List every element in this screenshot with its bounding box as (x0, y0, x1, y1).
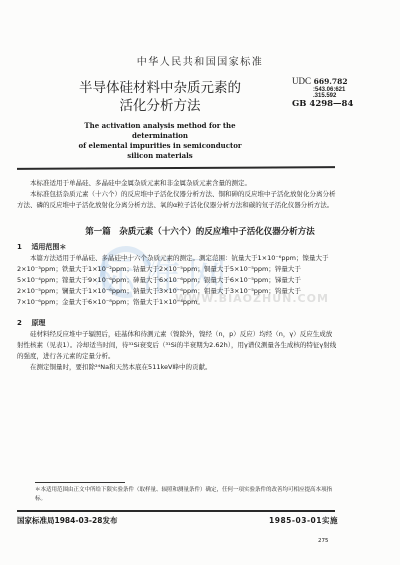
section-2-body-2: 在测定铜量时，要扣除²⁴Na和天然本底在511keV峰中的贡献。 (17, 362, 337, 373)
intro-paragraph-1: 本标准适用于单晶硅、多晶硅中金属杂质元素和非金属杂质元素含量的测定。 (17, 178, 337, 189)
title-en-line1: The activation analysis method for the d… (60, 121, 260, 141)
intro-paragraph-2: 本标准包括杂质元素（十六个）的反应堆中子活化仪器分析方法、铜和砷的反应堆中子活化… (17, 189, 337, 211)
title-cn-line1: 半导体硅材料中杂质元素的 (60, 79, 260, 97)
title-en-line3: silicon materials (60, 151, 260, 161)
section-1-heading: 1 适用范围＊ (17, 242, 66, 252)
gb-number: GB 4298—84 (292, 100, 353, 109)
footnote-divider (35, 482, 125, 483)
page-number: 275 (318, 538, 329, 544)
issued-date: 国家标准局1984-03-28发布 (17, 515, 117, 526)
udc-line1: 669.782 (314, 77, 348, 86)
title-cn-line2: 活化分析方法 (60, 97, 260, 115)
national-standard-label: 中华人民共和国国家标准 (0, 53, 400, 68)
footnote: ＊本适用范围由正文中所给下限实验条件（取样量、辐照和测量条件）确定，任何一项实验… (35, 486, 340, 504)
footer-divider (17, 510, 335, 512)
document-title-en: The activation analysis method for the d… (60, 121, 260, 161)
title-en-line2: of elemental impurities in semiconductor (60, 141, 260, 151)
section-1-body: 本篇方法适用于单晶硅、多晶硅中十六个杂质元素的测定。测定范围：钪量大于1×10⁻… (17, 253, 337, 308)
section-2-body: 硅材料经反应堆中子辐照后，硅基体和待测元素（镍除外，镍经（n，p）反应）均经（n… (17, 329, 337, 362)
udc-label: UDC (292, 76, 311, 86)
udc-block: UDC 669.782 :543.06:621 .315.592 GB 4298… (292, 77, 353, 108)
section-2-heading: 2 原理 (17, 318, 45, 328)
part-1-heading: 第一篇 杂质元素（十六个）的反应堆中子活化仪器分析方法 (0, 225, 400, 237)
section-2-title: 原理 (31, 319, 45, 327)
header-divider (17, 166, 335, 170)
document-title-cn: 半导体硅材料中杂质元素的 活化分析方法 (60, 79, 260, 115)
section-1-title: 适用范围＊ (31, 243, 66, 251)
effective-date: 1985-03-01实施 (269, 515, 338, 526)
section-1-number: 1 (17, 243, 29, 251)
section-2-number: 2 (17, 319, 29, 327)
